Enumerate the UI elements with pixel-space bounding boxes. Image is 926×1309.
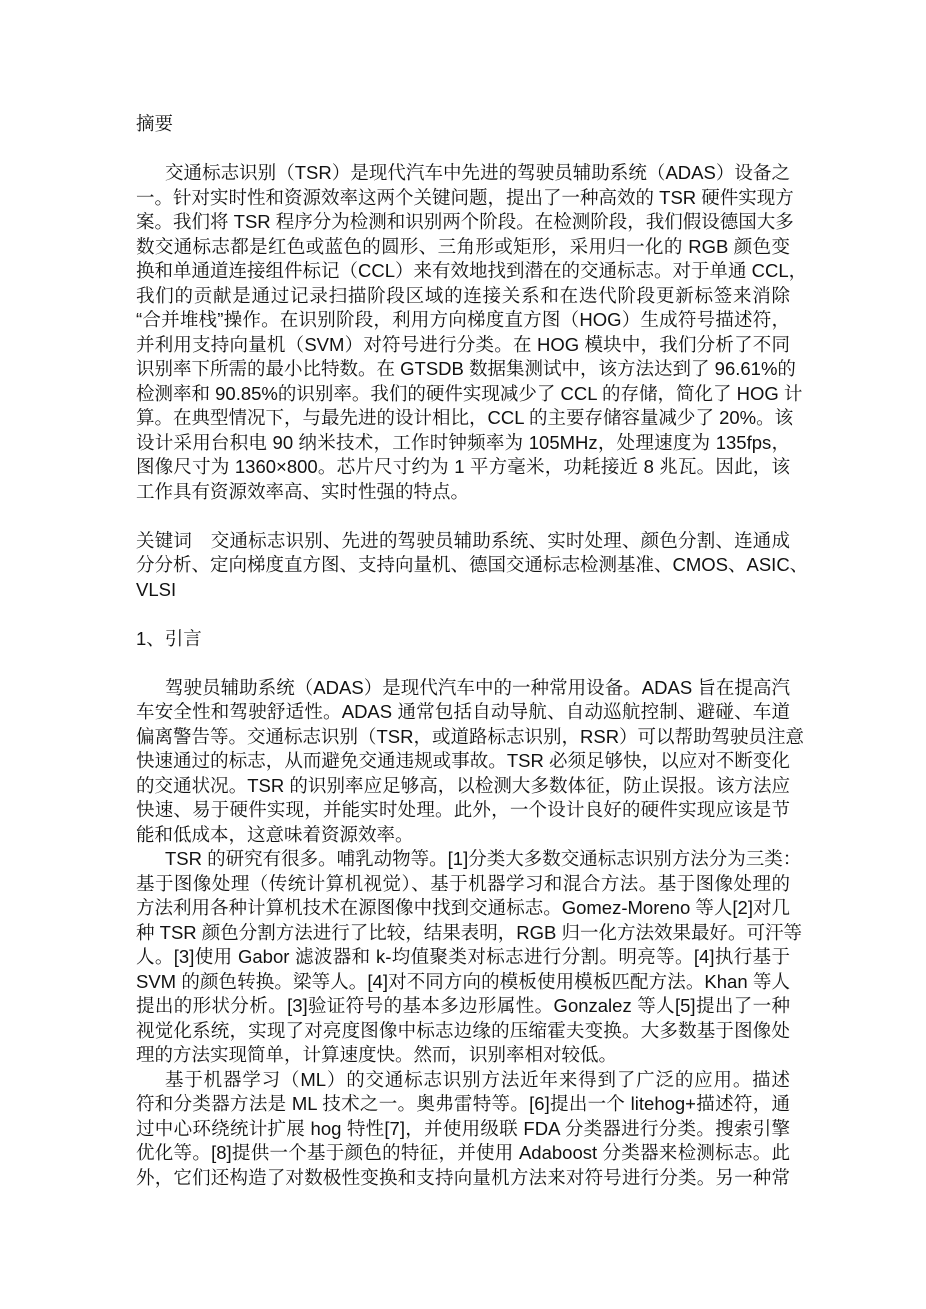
intro-paragraph-3: 基于机器学习（ML）的交通标志识别方法近年来得到了广泛的应用。描述符和分类器方法… xyxy=(136,1068,790,1191)
text-line: “合并堆栈”操作。在识别阶段，利用方向梯度直方图（HOG）生成符号描述符， xyxy=(136,308,790,333)
text-line: 图像尺寸为 1360×800。芯片尺寸约为 1 平方毫米，功耗接近 8 兆瓦。因… xyxy=(136,455,790,480)
abstract-paragraph: 交通标志识别（TSR）是现代汽车中先进的驾驶员辅助系统（ADAS）设备之一。针对… xyxy=(136,161,790,504)
text-line: 方法利用各种计算机技术在源图像中找到交通标志。Gomez-Moreno 等人[2… xyxy=(136,896,790,921)
text-line: 案。我们将 TSR 程序分为检测和识别两个阶段。在检测阶段，我们假设德国大多 xyxy=(136,210,790,235)
text-line: 人。[3]使用 Gabor 滤波器和 k-均值聚类对标志进行分割。明亮等。[4]… xyxy=(136,945,790,970)
text-line: 的交通状况。TSR 的识别率应足够高，以检测大多数体征，防止误报。该方法应 xyxy=(136,774,790,799)
text-line: 外，它们还构造了对数极性变换和支持向量机方法来对符号进行分类。另一种常 xyxy=(136,1166,790,1191)
text-line: 识别率下所需的最小比特数。在 GTSDB 数据集测试中，该方法达到了 96.61… xyxy=(136,357,790,382)
text-line: 换和单通道连接组件标记（CCL）来有效地找到潜在的交通标志。对于单通 CCL， xyxy=(136,259,790,284)
text-line: 一。针对实时性和资源效率这两个关键问题，提出了一种高效的 TSR 硬件实现方 xyxy=(136,186,790,211)
text-line: 理的方法实现简单，计算速度快。然而，识别率相对较低。 xyxy=(136,1043,790,1068)
text-line: 车安全性和驾驶舒适性。ADAS 通常包括自动导航、自动巡航控制、避碰、车道 xyxy=(136,700,790,725)
text-line: 优化等。[8]提供一个基于颜色的特征，并使用 Adaboost 分类器来检测标志… xyxy=(136,1141,790,1166)
text-line: 工作具有资源效率高、实时性强的特点。 xyxy=(136,480,790,505)
text-line: 种 TSR 颜色分割方法进行了比较，结果表明，RGB 归一化方法效果最好。可汗等 xyxy=(136,921,790,946)
text-line: 算。在典型情况下，与最先进的设计相比，CCL 的主要存储容量减少了 20%。该 xyxy=(136,406,790,431)
text-line: 我们的贡献是通过记录扫描阶段区域的连接关系和在迭代阶段更新标签来消除 xyxy=(136,284,790,309)
text-line: 提出的形状分析。[3]验证符号的基本多边形属性。Gonzalez 等人[5]提出… xyxy=(136,994,790,1019)
text-line: 数交通标志都是红色或蓝色的圆形、三角形或矩形，采用归一化的 RGB 颜色变 xyxy=(136,235,790,260)
text-line: 设计采用台积电 90 纳米技术，工作时钟频率为 105MHz，处理速度为 135… xyxy=(136,431,790,456)
text-line: 检测率和 90.85%的识别率。我们的硬件实现减少了 CCL 的存储，简化了 H… xyxy=(136,382,790,407)
text-line: 偏离警告等。交通标志识别（TSR，或道路标志识别，RSR）可以帮助驾驶员注意 xyxy=(136,725,790,750)
text-line: 视觉化系统，实现了对亮度图像中标志边缘的压缩霍夫变换。大多数基于图像处 xyxy=(136,1019,790,1044)
text-line: 过中心环绕统计扩展 hog 特性[7]，并使用级联 FDA 分类器进行分类。搜索… xyxy=(136,1117,790,1142)
intro-paragraph-1: 驾驶员辅助系统（ADAS）是现代汽车中的一种常用设备。ADAS 旨在提高汽车安全… xyxy=(136,676,790,848)
text-line: SVM 的颜色转换。梁等人。[4]对不同方向的模板使用模板匹配方法。Khan 等… xyxy=(136,970,790,995)
abstract-heading: 摘要 xyxy=(136,112,790,137)
section-1-heading: 1、引言 xyxy=(136,627,790,652)
text-line: 基于图像处理（传统计算机视觉）、基于机器学习和混合方法。基于图像处理的 xyxy=(136,872,790,897)
text-line: 驾驶员辅助系统（ADAS）是现代汽车中的一种常用设备。ADAS 旨在提高汽 xyxy=(136,676,790,701)
text-line: 分分析、定向梯度直方图、支持向量机、德国交通标志检测基准、CMOS、ASIC、 xyxy=(136,553,790,578)
text-line: 基于机器学习（ML）的交通标志识别方法近年来得到了广泛的应用。描述 xyxy=(136,1068,790,1093)
text-line: 快速通过的标志，从而避免交通违规或事故。TSR 必须足够快，以应对不断变化 xyxy=(136,749,790,774)
keywords-paragraph: 关键词 交通标志识别、先进的驾驶员辅助系统、实时处理、颜色分割、连通成分分析、定… xyxy=(136,529,790,603)
text-line: VLSI xyxy=(136,578,790,603)
text-line: 能和低成本，这意味着资源效率。 xyxy=(136,823,790,848)
document-page: 摘要 交通标志识别（TSR）是现代汽车中先进的驾驶员辅助系统（ADAS）设备之一… xyxy=(136,112,790,1190)
text-line: 关键词 交通标志识别、先进的驾驶员辅助系统、实时处理、颜色分割、连通成 xyxy=(136,529,790,554)
text-line: 并利用支持向量机（SVM）对符号进行分类。在 HOG 模块中，我们分析了不同 xyxy=(136,333,790,358)
intro-paragraph-2: TSR 的研究有很多。哺乳动物等。[1]分类大多数交通标志识别方法分为三类：基于… xyxy=(136,847,790,1068)
text-line: 符和分类器方法是 ML 技术之一。奥弗雷特等。[6]提出一个 litehog+描… xyxy=(136,1092,790,1117)
text-line: 交通标志识别（TSR）是现代汽车中先进的驾驶员辅助系统（ADAS）设备之 xyxy=(136,161,790,186)
text-line: TSR 的研究有很多。哺乳动物等。[1]分类大多数交通标志识别方法分为三类： xyxy=(136,847,790,872)
text-line: 快速、易于硬件实现，并能实时处理。此外，一个设计良好的硬件实现应该是节 xyxy=(136,798,790,823)
